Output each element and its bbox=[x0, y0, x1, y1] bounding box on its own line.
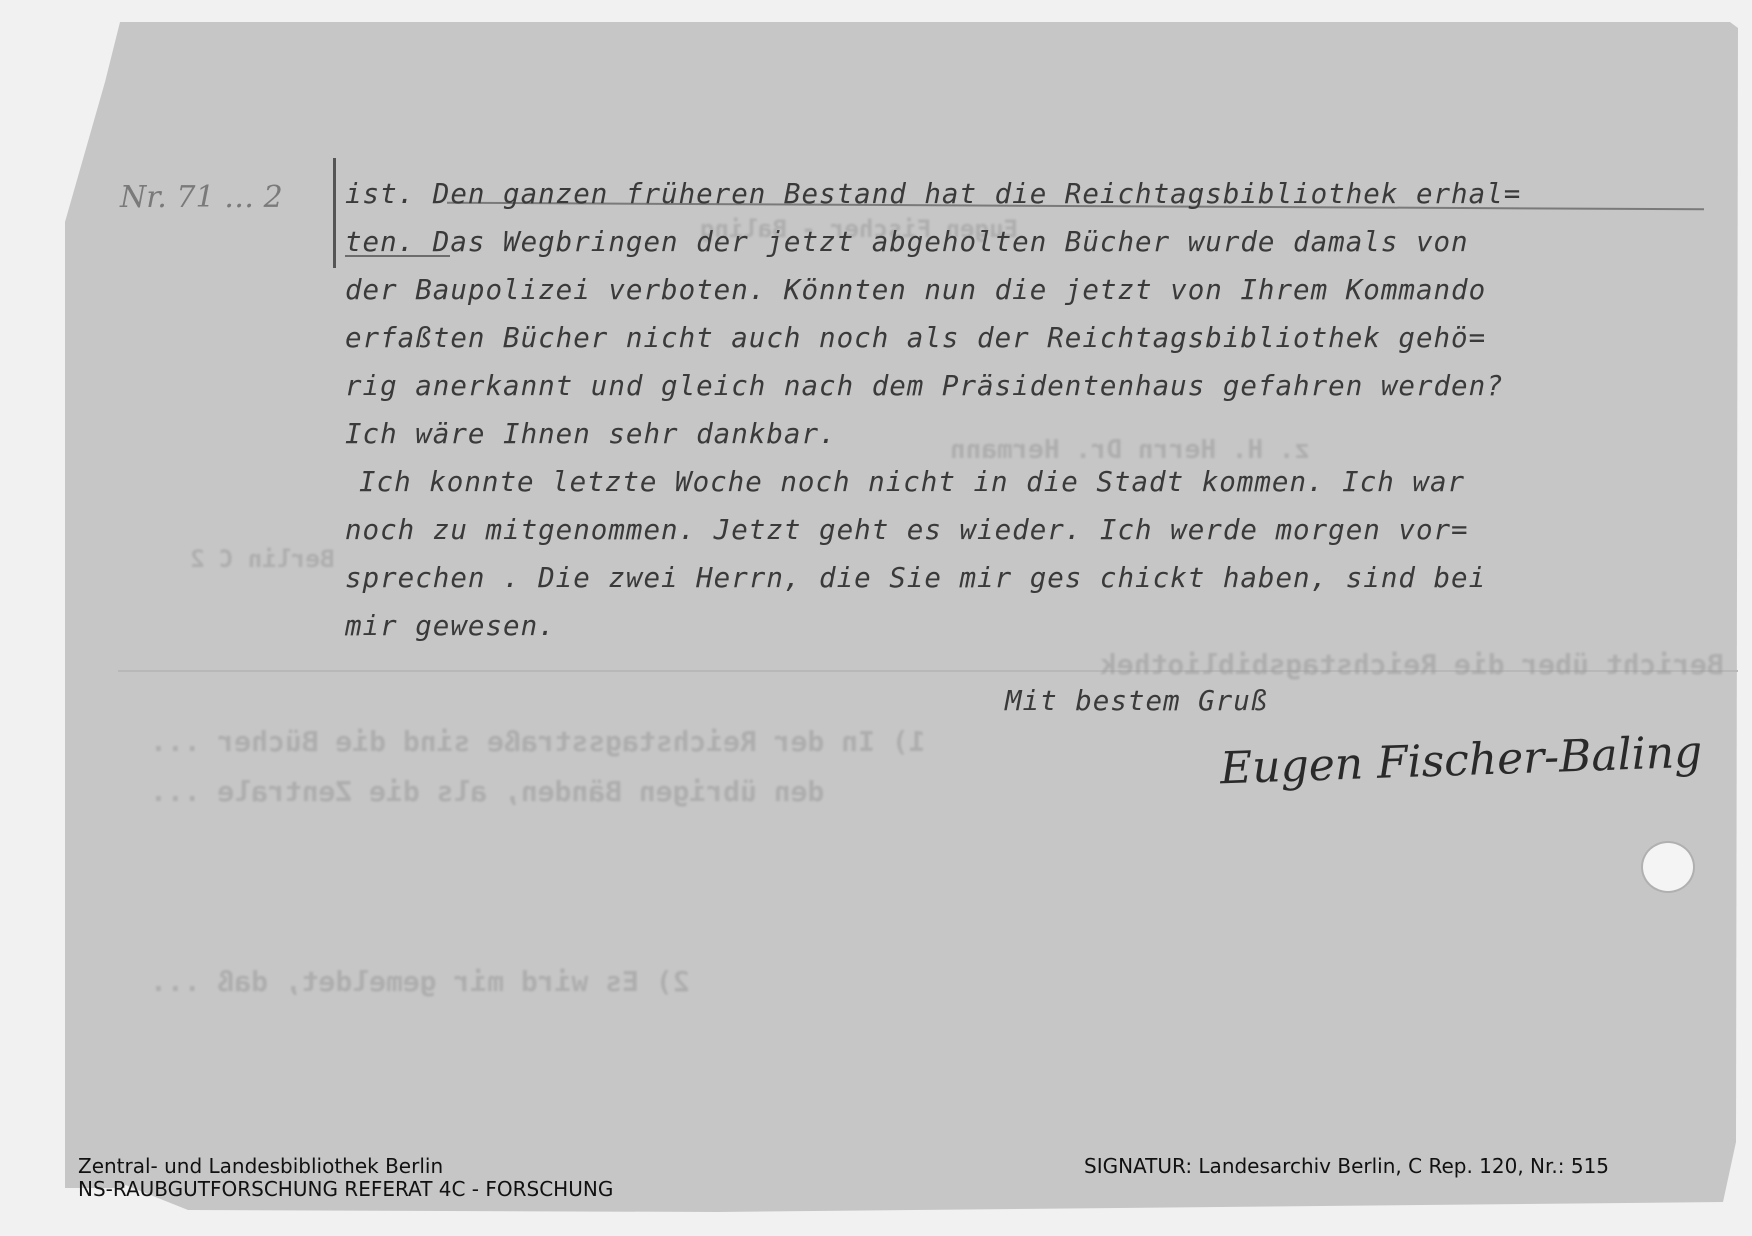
letter-line: ist. Den ganzen früheren Bestand hat die… bbox=[345, 170, 1665, 218]
handwritten-margin-note: Nr. 71 … 2 bbox=[120, 180, 283, 215]
letter-line: erfaßten Bücher nicht auch noch als der … bbox=[345, 314, 1665, 362]
punch-hole bbox=[1643, 843, 1693, 891]
letter-line: Ich wäre Ihnen sehr dankbar. bbox=[345, 410, 1665, 458]
letter-line: der Baupolizei verboten. Könnten nun die… bbox=[345, 266, 1665, 314]
bleed-through-text: Bericht über die Reichstagsbibliothek bbox=[1100, 648, 1724, 681]
letter-body: ist. Den ganzen früheren Bestand hat die… bbox=[345, 170, 1665, 650]
letter-line: Ich konnte letzte Woche noch nicht in di… bbox=[345, 458, 1665, 506]
letter-line: sprechen . Die zwei Herrn, die Sie mir g… bbox=[345, 554, 1665, 602]
bleed-through-text: 1) In der Reichstagsstraße sind die Büch… bbox=[150, 725, 925, 758]
bleed-through-text: Berlin C 2 bbox=[190, 545, 335, 573]
letter-line: ten. Das Wegbringen der jetzt abgeholten… bbox=[345, 218, 1665, 266]
letter-line: noch zu mitgenommen. Jetzt geht es wiede… bbox=[345, 506, 1665, 554]
margin-bracket bbox=[333, 158, 336, 268]
letter-closing: Mit bestem Gruß bbox=[1005, 685, 1268, 717]
bleed-through-text: 2) Es wird mir gemeldet, daß ... bbox=[150, 965, 689, 998]
bleed-through-text: den übrigen Bänden, als die Zentrale ... bbox=[150, 775, 824, 808]
letter-line: mir gewesen. bbox=[345, 602, 1665, 650]
paper-sheet-edge bbox=[65, 22, 125, 1188]
letter-line: rig anerkannt und gleich nach dem Präsid… bbox=[345, 362, 1665, 410]
archive-signature-reference: SIGNATUR: Landesarchiv Berlin, C Rep. 12… bbox=[1084, 1155, 1609, 1178]
institution-name: Zentral- und Landesbibliothek Berlin bbox=[78, 1155, 613, 1178]
archive-footer-left: Zentral- und Landesbibliothek Berlin NS-… bbox=[78, 1155, 613, 1201]
department-name: NS-RAUBGUTFORSCHUNG REFERAT 4C - FORSCHU… bbox=[78, 1178, 613, 1201]
